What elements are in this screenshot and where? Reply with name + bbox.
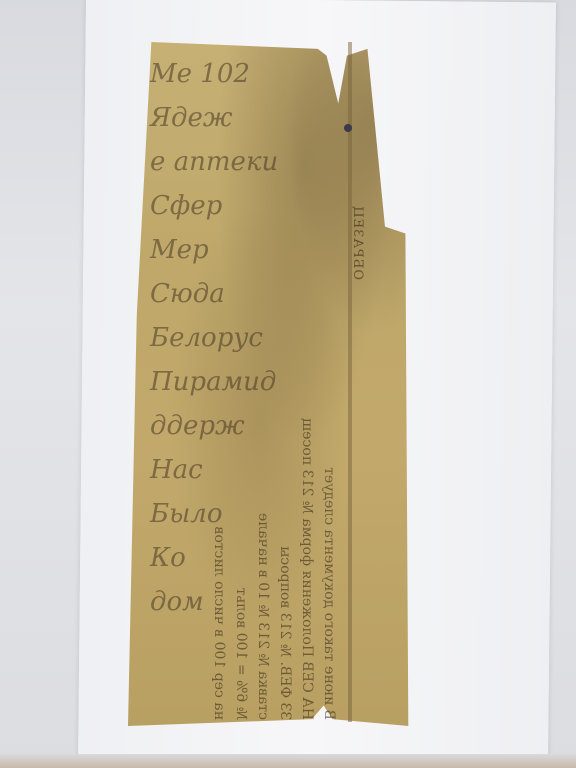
print-line: В июне такого документа следует	[318, 120, 340, 720]
print-line: ставка № 213 № 10 в начале	[252, 120, 274, 720]
print-line: НА СЕВ Положения форма № 213 посещ	[296, 120, 318, 720]
printed-mirrored-text: В июне такого документа следует НА СЕВ П…	[220, 120, 340, 720]
printed-title: ОБРАЗЕЦ	[350, 205, 365, 280]
print-line: № 6% = 100 вольт	[230, 120, 252, 720]
floor-edge	[0, 754, 576, 768]
print-line: ЗЗ ФЕВ. № 213 вопросы	[274, 120, 296, 720]
print-line: на сер 100 в число листов	[208, 120, 230, 720]
hand-line: Ме 102	[150, 52, 370, 96]
